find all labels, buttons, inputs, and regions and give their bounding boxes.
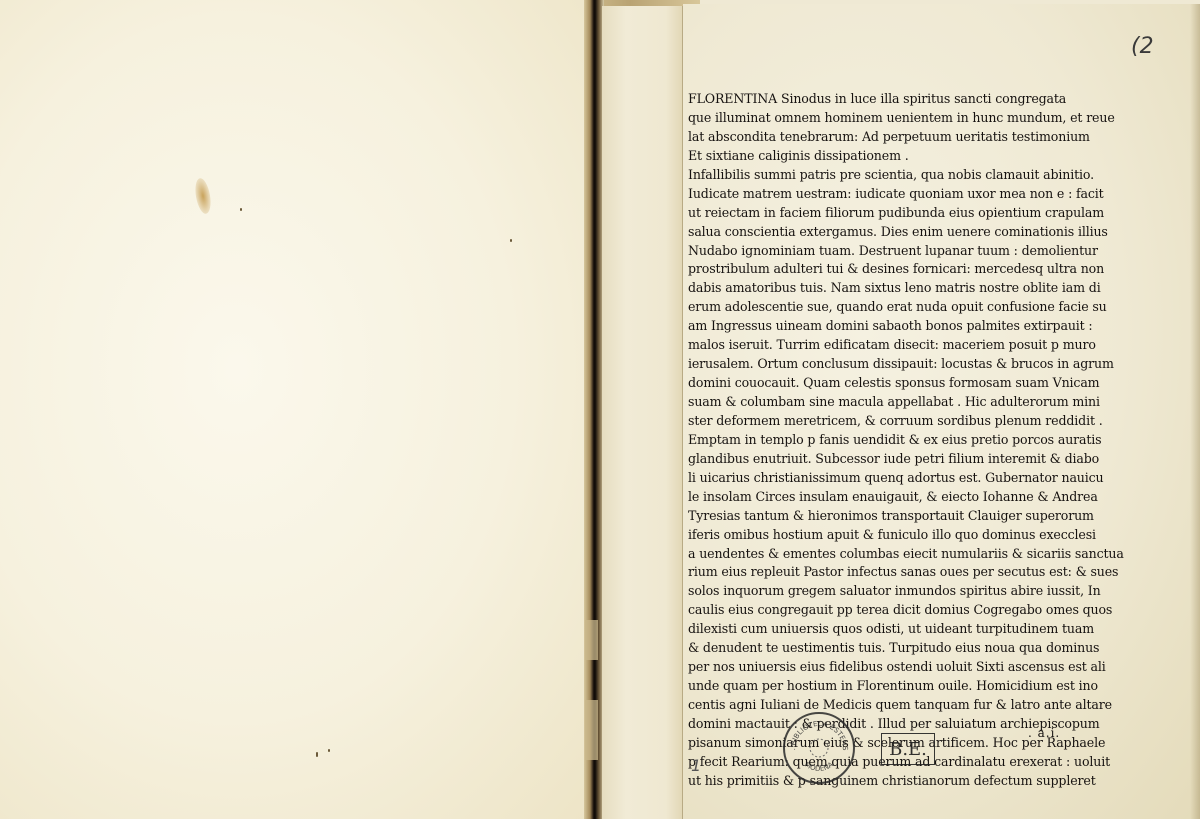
text-line: caulis eius congregauit pp terea dicit d… [688, 601, 1168, 620]
paper-speck [316, 752, 318, 757]
text-line: lat abscondita tenebrarum: Ad perpetuum … [688, 128, 1168, 147]
left-blank-page [0, 0, 592, 819]
text-line: Emptam in templo p fanis uendidit & ex e… [688, 431, 1168, 450]
printed-text-block: FLORENTINA Sinodus in luce illa spiritus… [688, 90, 1168, 791]
text-line: salua conscientia extergamus. Dies enim … [688, 223, 1168, 242]
text-line: Tyresias tantum & hieronimos transportau… [688, 507, 1168, 526]
text-line: prostribulum adulteri tui & desines forn… [688, 260, 1168, 279]
signature-mark: . a.i. [1028, 726, 1060, 740]
text-line: Nudabo ignominiam tuam. Destruent lupana… [688, 242, 1168, 261]
pencil-mark: 1 [691, 756, 701, 775]
torn-binding [586, 700, 598, 760]
text-line: a uendentes & ementes columbas eiecit nu… [688, 545, 1168, 564]
shelf-stamp: B.E. [881, 733, 935, 765]
stamp-emblem-icon [810, 739, 828, 757]
stub-leaf [602, 6, 683, 819]
text-line: malos iseruit. Turrim edificatam disecit… [688, 336, 1168, 355]
text-line: domini mactauit : & perdidit . Illud per… [688, 715, 1168, 734]
text-line: erum adolescentie sue, quando erat nuda … [688, 298, 1168, 317]
text-line: dabis amatoribus tuis. Nam sixtus leno m… [688, 279, 1168, 298]
text-line: solos inquorum gregem saluator inmundos … [688, 582, 1168, 601]
torn-binding [586, 620, 598, 660]
svg-text:MODENA: MODENA [803, 760, 835, 772]
text-line: unde quam per hostium in Florentinum oui… [688, 677, 1168, 696]
text-line: & denudent te uestimentis tuis. Turpitud… [688, 639, 1168, 658]
book-spread: (2 FLORENTINA Sinodus in luce illa spiri… [0, 0, 1200, 819]
text-line: Infallibilis summi patris pre scientia, … [688, 166, 1168, 185]
library-stamp-icon: R. BIBLIOTECA ESTENSE MODENA [783, 712, 855, 784]
text-line: li uicarius christianissimum quenq adort… [688, 469, 1168, 488]
text-line: FLORENTINA Sinodus in luce illa spiritus… [688, 90, 1168, 109]
text-line: ut his primitiis & p sanguinem christian… [688, 772, 1168, 791]
folio-number: (2 [1131, 34, 1154, 59]
text-line: dilexisti cum uniuersis quos odisti, ut … [688, 620, 1168, 639]
text-line: am Ingressus uineam domini sabaoth bonos… [688, 317, 1168, 336]
svg-text:R. BIBLIOTECA ESTENSE: R. BIBLIOTECA ESTENSE [783, 712, 849, 751]
text-line: domini couocauit. Quam celestis sponsus … [688, 374, 1168, 393]
stamp-text-bottom: MODENA [803, 760, 835, 772]
text-line: iferis omibus hostium apuit & funiculo i… [688, 526, 1168, 545]
foxing-stain [193, 177, 213, 215]
paper-speck [510, 239, 512, 242]
page-edge-shadow [1190, 4, 1200, 819]
text-line: que illuminat omnem hominem uenientem in… [688, 109, 1168, 128]
text-line: rium eius repleuit Pastor infectus sanas… [688, 563, 1168, 582]
text-line: glandibus enutriuit. Subcessor iude petr… [688, 450, 1168, 469]
paper-speck [328, 749, 330, 752]
book-gutter [584, 0, 604, 819]
text-line: suam & columbam sine macula appellabat .… [688, 393, 1168, 412]
text-line: ierusalem. Ortum conclusum dissipauit: l… [688, 355, 1168, 374]
text-line: centis agni Iuliani de Medicis quem tanq… [688, 696, 1168, 715]
text-line: ut reiectam in faciem filiorum pudibunda… [688, 204, 1168, 223]
text-line: ster deformem meretricem, & corruum sord… [688, 412, 1168, 431]
text-line: le insolam Circes insulam enauigauit, & … [688, 488, 1168, 507]
text-line: per nos uniuersis eius fidelibus ostendi… [688, 658, 1168, 677]
right-printed-page: (2 FLORENTINA Sinodus in luce illa spiri… [683, 4, 1200, 819]
paper-speck [240, 208, 242, 211]
text-line: Iudicate matrem uestram: iudicate quonia… [688, 185, 1168, 204]
stamp-text-top: R. BIBLIOTECA ESTENSE [783, 712, 849, 751]
stamp-ring-icon: R. BIBLIOTECA ESTENSE MODENA [783, 712, 855, 784]
text-line: Et sixtiane caliginis dissipationem . [688, 147, 1168, 166]
